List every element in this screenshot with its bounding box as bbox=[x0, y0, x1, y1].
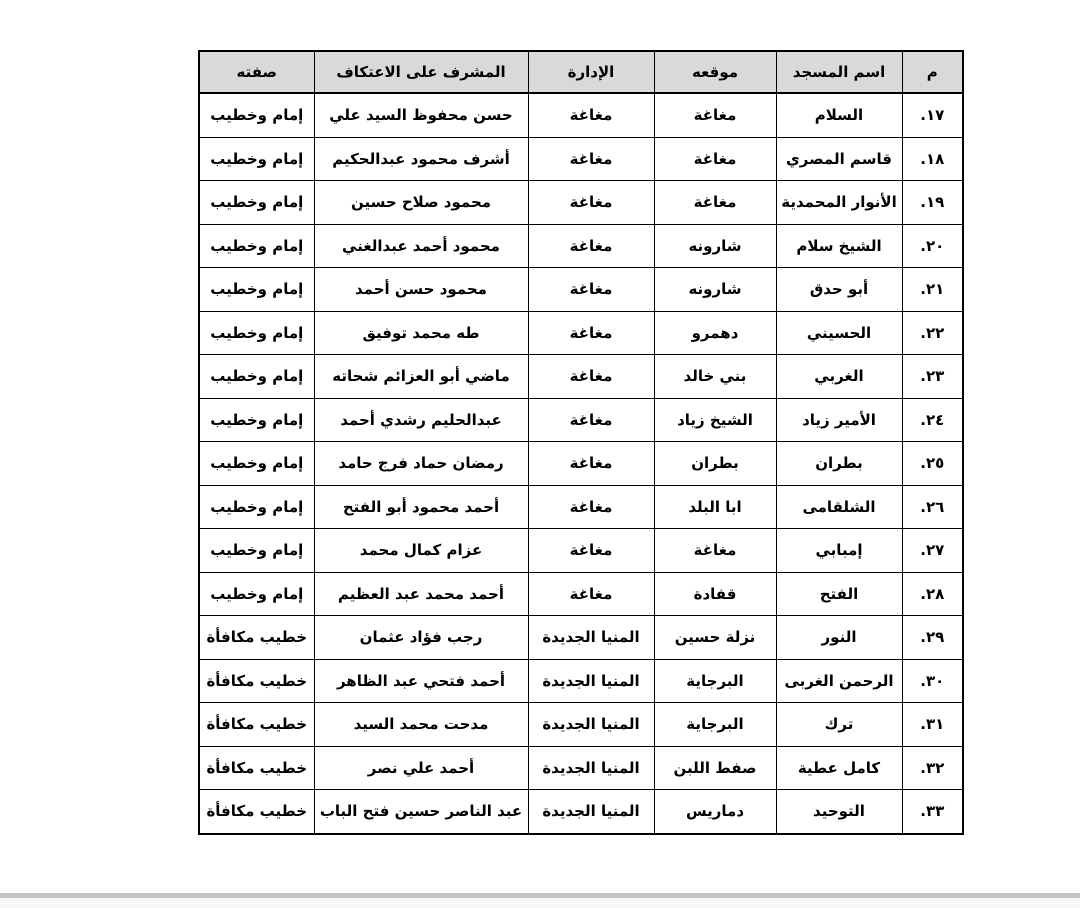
cell-itikaf-supervisor: محمود صلاح حسين bbox=[314, 181, 528, 225]
cell-row-number: ٣٢. bbox=[902, 746, 963, 790]
cell-row-number: ٣٣. bbox=[902, 790, 963, 834]
table-row: ١٨. قاسم المصري مغاغة مغاغة أشرف محمود ع… bbox=[199, 137, 963, 181]
window-bottom-bar bbox=[0, 898, 1080, 908]
cell-mosque-name: النور bbox=[776, 616, 902, 660]
cell-location: مغاغة bbox=[654, 529, 776, 573]
cell-mosque-name: السلام bbox=[776, 93, 902, 137]
header-role: صفته bbox=[199, 51, 314, 93]
cell-administration: المنيا الجديدة bbox=[528, 746, 654, 790]
table-row: ٢٨. الفتح قفادة مغاغة أحمد محمد عبد العظ… bbox=[199, 572, 963, 616]
header-location: موقعه bbox=[654, 51, 776, 93]
cell-role: إمام وخطيب bbox=[199, 529, 314, 573]
cell-mosque-name: الأنوار المحمدية bbox=[776, 181, 902, 225]
cell-itikaf-supervisor: ماضي أبو العزائم شحاته bbox=[314, 355, 528, 399]
cell-administration: مغاغة bbox=[528, 529, 654, 573]
cell-mosque-name: الفتح bbox=[776, 572, 902, 616]
cell-itikaf-supervisor: محمود حسن أحمد bbox=[314, 268, 528, 312]
table-row: ٣٣. التوحيد دماريس المنيا الجديدة عبد ال… bbox=[199, 790, 963, 834]
cell-mosque-name: الأمير زياد bbox=[776, 398, 902, 442]
cell-administration: مغاغة bbox=[528, 398, 654, 442]
cell-mosque-name: قاسم المصري bbox=[776, 137, 902, 181]
cell-location: الشيخ زياد bbox=[654, 398, 776, 442]
table-row: ٢٧. إمبابي مغاغة مغاغة عزام كمال محمد إم… bbox=[199, 529, 963, 573]
cell-mosque-name: أبو حدق bbox=[776, 268, 902, 312]
cell-row-number: ١٩. bbox=[902, 181, 963, 225]
cell-location: بني خالد bbox=[654, 355, 776, 399]
cell-itikaf-supervisor: أحمد محمود أبو الفتح bbox=[314, 485, 528, 529]
header-administration: الإدارة bbox=[528, 51, 654, 93]
table-row: ٢٤. الأمير زياد الشيخ زياد مغاغة عبدالحل… bbox=[199, 398, 963, 442]
table-row: ٣١. ترك البرجاية المنيا الجديدة مدحت محم… bbox=[199, 703, 963, 747]
table-row: ١٩. الأنوار المحمدية مغاغة مغاغة محمود ص… bbox=[199, 181, 963, 225]
cell-role: إمام وخطيب bbox=[199, 355, 314, 399]
table-row: ٢٥. بطران بطران مغاغة رمضان حماد فرج حام… bbox=[199, 442, 963, 486]
cell-itikaf-supervisor: طه محمد توفيق bbox=[314, 311, 528, 355]
cell-mosque-name: الشلقامى bbox=[776, 485, 902, 529]
cell-role: خطيب مكافأة bbox=[199, 703, 314, 747]
cell-itikaf-supervisor: حسن محفوظ السيد علي bbox=[314, 93, 528, 137]
cell-row-number: ١٨. bbox=[902, 137, 963, 181]
cell-row-number: ٢٧. bbox=[902, 529, 963, 573]
cell-administration: مغاغة bbox=[528, 355, 654, 399]
header-number: م bbox=[902, 51, 963, 93]
cell-location: نزلة حسين bbox=[654, 616, 776, 660]
header-mosque-name: اسم المسجد bbox=[776, 51, 902, 93]
cell-role: إمام وخطيب bbox=[199, 398, 314, 442]
cell-role: إمام وخطيب bbox=[199, 311, 314, 355]
cell-administration: مغاغة bbox=[528, 224, 654, 268]
cell-mosque-name: بطران bbox=[776, 442, 902, 486]
cell-location: البرجاية bbox=[654, 703, 776, 747]
cell-administration: مغاغة bbox=[528, 485, 654, 529]
table-row: ٢٦. الشلقامى ابا البلد مغاغة أحمد محمود … bbox=[199, 485, 963, 529]
cell-itikaf-supervisor: أحمد علي نصر bbox=[314, 746, 528, 790]
cell-itikaf-supervisor: أحمد فتحي عبد الظاهر bbox=[314, 659, 528, 703]
cell-itikaf-supervisor: أشرف محمود عبدالحكيم bbox=[314, 137, 528, 181]
cell-row-number: ٢٩. bbox=[902, 616, 963, 660]
cell-row-number: ٢٠. bbox=[902, 224, 963, 268]
cell-administration: المنيا الجديدة bbox=[528, 703, 654, 747]
cell-itikaf-supervisor: عزام كمال محمد bbox=[314, 529, 528, 573]
cell-itikaf-supervisor: أحمد محمد عبد العظيم bbox=[314, 572, 528, 616]
cell-mosque-name: الحسيني bbox=[776, 311, 902, 355]
cell-administration: المنيا الجديدة bbox=[528, 659, 654, 703]
cell-location: صفط اللبن bbox=[654, 746, 776, 790]
cell-row-number: ٢٤. bbox=[902, 398, 963, 442]
cell-row-number: ٣١. bbox=[902, 703, 963, 747]
cell-mosque-name: التوحيد bbox=[776, 790, 902, 834]
cell-mosque-name: إمبابي bbox=[776, 529, 902, 573]
table-row: ٢١. أبو حدق شارونه مغاغة محمود حسن أحمد … bbox=[199, 268, 963, 312]
cell-row-number: ٢٨. bbox=[902, 572, 963, 616]
cell-role: خطيب مكافأة bbox=[199, 616, 314, 660]
cell-itikaf-supervisor: محمود أحمد عبدالغني bbox=[314, 224, 528, 268]
cell-role: إمام وخطيب bbox=[199, 224, 314, 268]
table-row: ١٧. السلام مغاغة مغاغة حسن محفوظ السيد ع… bbox=[199, 93, 963, 137]
cell-row-number: ٢٢. bbox=[902, 311, 963, 355]
cell-mosque-name: الغربي bbox=[776, 355, 902, 399]
cell-administration: مغاغة bbox=[528, 442, 654, 486]
table-row: ٢٠. الشيخ سلام شارونه مغاغة محمود أحمد ع… bbox=[199, 224, 963, 268]
cell-itikaf-supervisor: عبدالحليم رشدي أحمد bbox=[314, 398, 528, 442]
cell-row-number: ٢٣. bbox=[902, 355, 963, 399]
header-itikaf-supervisor: المشرف على الاعتكاف bbox=[314, 51, 528, 93]
cell-location: البرجاية bbox=[654, 659, 776, 703]
cell-location: شارونه bbox=[654, 224, 776, 268]
table-row: ٢٣. الغربي بني خالد مغاغة ماضي أبو العزا… bbox=[199, 355, 963, 399]
mosques-itikaf-table: م اسم المسجد موقعه الإدارة المشرف على ال… bbox=[198, 50, 964, 835]
table-row: ٣٢. كامل عطية صفط اللبن المنيا الجديدة أ… bbox=[199, 746, 963, 790]
table-row: ٢٢. الحسيني دهمرو مغاغة طه محمد توفيق إم… bbox=[199, 311, 963, 355]
cell-row-number: ٢١. bbox=[902, 268, 963, 312]
cell-mosque-name: كامل عطية bbox=[776, 746, 902, 790]
cell-location: بطران bbox=[654, 442, 776, 486]
cell-administration: مغاغة bbox=[528, 93, 654, 137]
cell-row-number: ١٧. bbox=[902, 93, 963, 137]
cell-mosque-name: ترك bbox=[776, 703, 902, 747]
cell-administration: المنيا الجديدة bbox=[528, 790, 654, 834]
cell-role: إمام وخطيب bbox=[199, 137, 314, 181]
cell-role: إمام وخطيب bbox=[199, 572, 314, 616]
cell-location: قفادة bbox=[654, 572, 776, 616]
cell-role: إمام وخطيب bbox=[199, 181, 314, 225]
cell-role: خطيب مكافأة bbox=[199, 790, 314, 834]
cell-role: خطيب مكافأة bbox=[199, 659, 314, 703]
cell-location: مغاغة bbox=[654, 137, 776, 181]
table-header-row: م اسم المسجد موقعه الإدارة المشرف على ال… bbox=[199, 51, 963, 93]
cell-location: دهمرو bbox=[654, 311, 776, 355]
cell-administration: مغاغة bbox=[528, 137, 654, 181]
cell-location: ابا البلد bbox=[654, 485, 776, 529]
cell-mosque-name: الرحمن الغربى bbox=[776, 659, 902, 703]
cell-role: إمام وخطيب bbox=[199, 268, 314, 312]
cell-row-number: ٢٥. bbox=[902, 442, 963, 486]
cell-administration: مغاغة bbox=[528, 311, 654, 355]
cell-itikaf-supervisor: عبد الناصر حسين فتح الباب bbox=[314, 790, 528, 834]
cell-location: مغاغة bbox=[654, 181, 776, 225]
cell-row-number: ٢٦. bbox=[902, 485, 963, 529]
cell-role: خطيب مكافأة bbox=[199, 746, 314, 790]
cell-location: مغاغة bbox=[654, 93, 776, 137]
table-row: ٢٩. النور نزلة حسين المنيا الجديدة رجب ف… bbox=[199, 616, 963, 660]
cell-itikaf-supervisor: رجب فؤاد عثمان bbox=[314, 616, 528, 660]
cell-administration: مغاغة bbox=[528, 181, 654, 225]
cell-mosque-name: الشيخ سلام bbox=[776, 224, 902, 268]
mosques-table-container: م اسم المسجد موقعه الإدارة المشرف على ال… bbox=[198, 50, 962, 835]
cell-administration: مغاغة bbox=[528, 268, 654, 312]
cell-location: دماريس bbox=[654, 790, 776, 834]
cell-role: إمام وخطيب bbox=[199, 93, 314, 137]
table-header: م اسم المسجد موقعه الإدارة المشرف على ال… bbox=[199, 51, 963, 93]
cell-administration: المنيا الجديدة bbox=[528, 616, 654, 660]
cell-location: شارونه bbox=[654, 268, 776, 312]
cell-role: إمام وخطيب bbox=[199, 485, 314, 529]
document-page: { "table": { "headers": { "num": "م", "m… bbox=[0, 0, 1080, 908]
cell-administration: مغاغة bbox=[528, 572, 654, 616]
cell-itikaf-supervisor: رمضان حماد فرج حامد bbox=[314, 442, 528, 486]
table-row: ٣٠. الرحمن الغربى البرجاية المنيا الجديد… bbox=[199, 659, 963, 703]
cell-itikaf-supervisor: مدحت محمد السيد bbox=[314, 703, 528, 747]
cell-role: إمام وخطيب bbox=[199, 442, 314, 486]
cell-row-number: ٣٠. bbox=[902, 659, 963, 703]
table-body: ١٧. السلام مغاغة مغاغة حسن محفوظ السيد ع… bbox=[199, 93, 963, 834]
